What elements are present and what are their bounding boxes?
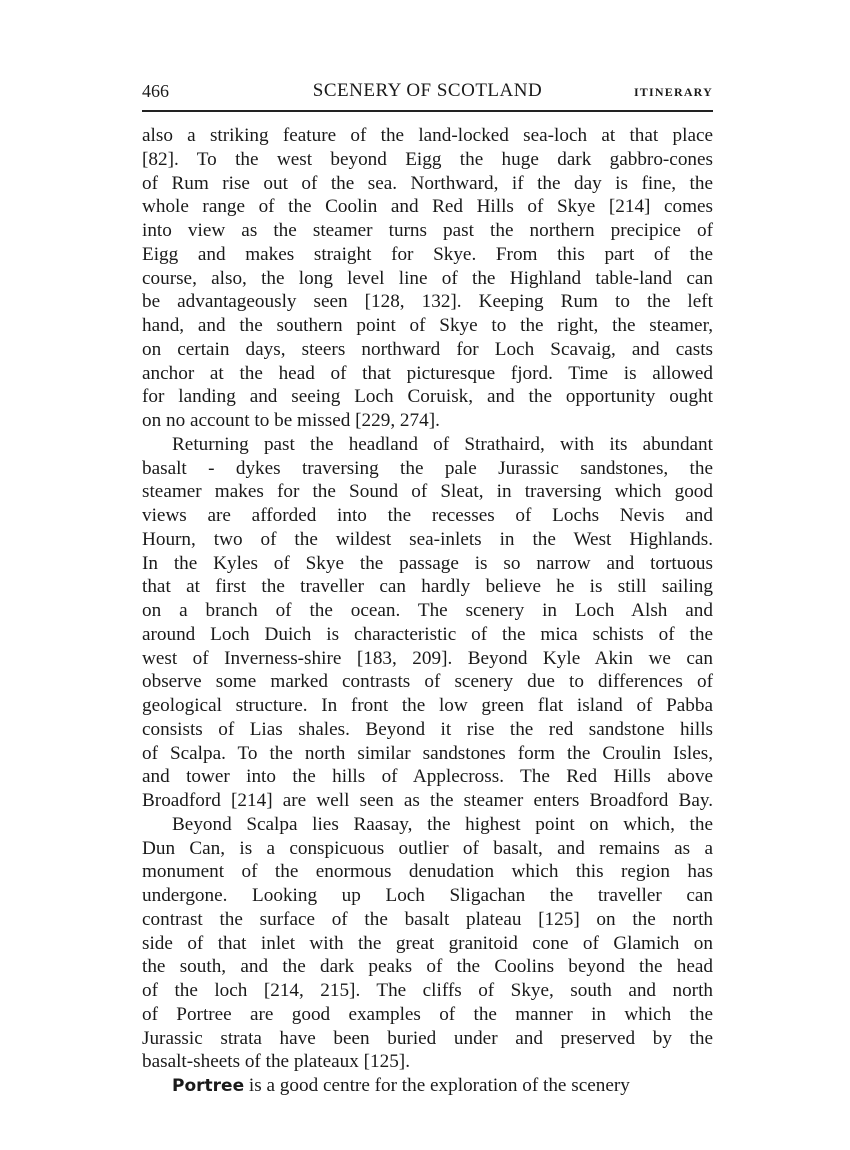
book-page: 466 SCENERY OF SCOTLAND ITINERARY also a… <box>142 78 713 1099</box>
body-text: also a striking feature of the land-lock… <box>142 124 713 1099</box>
text-line: also a striking feature of the land-lock… <box>142 124 713 148</box>
running-title: SCENERY OF SCOTLAND <box>142 78 713 104</box>
text-line: observe some marked contrasts of scenery… <box>142 670 713 694</box>
text-line: Jurassic strata have been buried under a… <box>142 1027 713 1051</box>
text-line: In the Kyles of Skye the passage is so n… <box>142 552 713 576</box>
text-line: around Loch Duich is characteristic of t… <box>142 623 713 647</box>
paragraph: Portree is a good centre for the explora… <box>142 1074 713 1099</box>
text-line: Beyond Scalpa lies Raasay, the highest p… <box>142 813 713 837</box>
bold-term: Portree <box>172 1076 244 1096</box>
text-line: contrast the surface of the basalt plate… <box>142 908 713 932</box>
text-line: monument of the enormous denudation whic… <box>142 860 713 884</box>
header-rule <box>142 110 713 112</box>
text-line: course, also, the long level line of the… <box>142 267 713 291</box>
text-line: steamer makes for the Sound of Sleat, in… <box>142 480 713 504</box>
text-line: Hourn, two of the wildest sea-inlets in … <box>142 528 713 552</box>
text-line: be advantageously seen [128, 132]. Keepi… <box>142 290 713 314</box>
text-line: consists of Lias shales. Beyond it rise … <box>142 718 713 742</box>
text-line: for landing and seeing Loch Coruisk, and… <box>142 385 713 409</box>
text-line: Returning past the headland of Strathair… <box>142 433 713 457</box>
paragraph: Beyond Scalpa lies Raasay, the highest p… <box>142 813 713 1074</box>
text-line: west of Inverness-shire [183, 209]. Beyo… <box>142 647 713 671</box>
text-line: on a branch of the ocean. The scenery in… <box>142 599 713 623</box>
text-line: whole range of the Coolin and Red Hills … <box>142 195 713 219</box>
text-line: of Portree are good examples of the mann… <box>142 1003 713 1027</box>
text-line: of Scalpa. To the north similar sandston… <box>142 742 713 766</box>
text-line: Dun Can, is a conspicuous outlier of bas… <box>142 837 713 861</box>
text-line: undergone. Looking up Loch Sligachan the… <box>142 884 713 908</box>
paragraph: also a striking feature of the land-lock… <box>142 124 713 433</box>
text-line: anchor at the head of that picturesque f… <box>142 362 713 386</box>
text-line: on certain days, steers northward for Lo… <box>142 338 713 362</box>
text-line: that at first the traveller can hardly b… <box>142 575 713 599</box>
text-line: on no account to be missed [229, 274]. <box>142 409 713 433</box>
text-run: is a good centre for the exploration of … <box>244 1075 630 1096</box>
text-line: geological structure. In front the low g… <box>142 694 713 718</box>
text-line: Broadford [214] are well seen as the ste… <box>142 789 713 813</box>
section-label: ITINERARY <box>634 79 713 105</box>
paragraph: Returning past the headland of Strathair… <box>142 433 713 813</box>
text-line: and tower into the hills of Applecross. … <box>142 765 713 789</box>
text-line: of the loch [214, 215]. The cliffs of Sk… <box>142 979 713 1003</box>
text-line: basalt - dykes traversing the pale Juras… <box>142 457 713 481</box>
text-line: into view as the steamer turns past the … <box>142 219 713 243</box>
text-line: side of that inlet with the great granit… <box>142 932 713 956</box>
running-head: 466 SCENERY OF SCOTLAND ITINERARY <box>142 78 713 104</box>
text-line: of Rum rise out of the sea. Northward, i… <box>142 172 713 196</box>
text-line: basalt-sheets of the plateaux [125]. <box>142 1050 713 1074</box>
text-line: views are afforded into the recesses of … <box>142 504 713 528</box>
text-line: hand, and the southern point of Skye to … <box>142 314 713 338</box>
text-line: Portree is a good centre for the explora… <box>142 1074 713 1099</box>
text-line: [82]. To the west beyond Eigg the huge d… <box>142 148 713 172</box>
text-line: Eigg and makes straight for Skye. From t… <box>142 243 713 267</box>
text-line: the south, and the dark peaks of the Coo… <box>142 955 713 979</box>
